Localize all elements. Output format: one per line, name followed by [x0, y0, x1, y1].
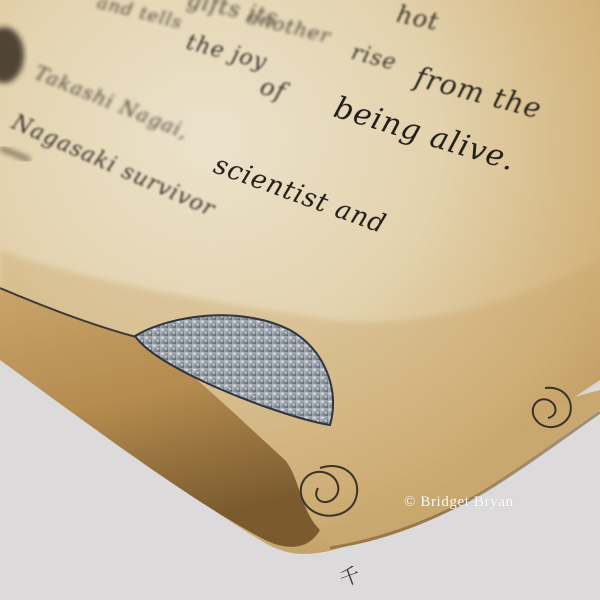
copyright-watermark: © Bridget Bryan — [404, 494, 514, 511]
artwork-photo: gifts its hot and tells another the joy … — [0, 0, 600, 600]
